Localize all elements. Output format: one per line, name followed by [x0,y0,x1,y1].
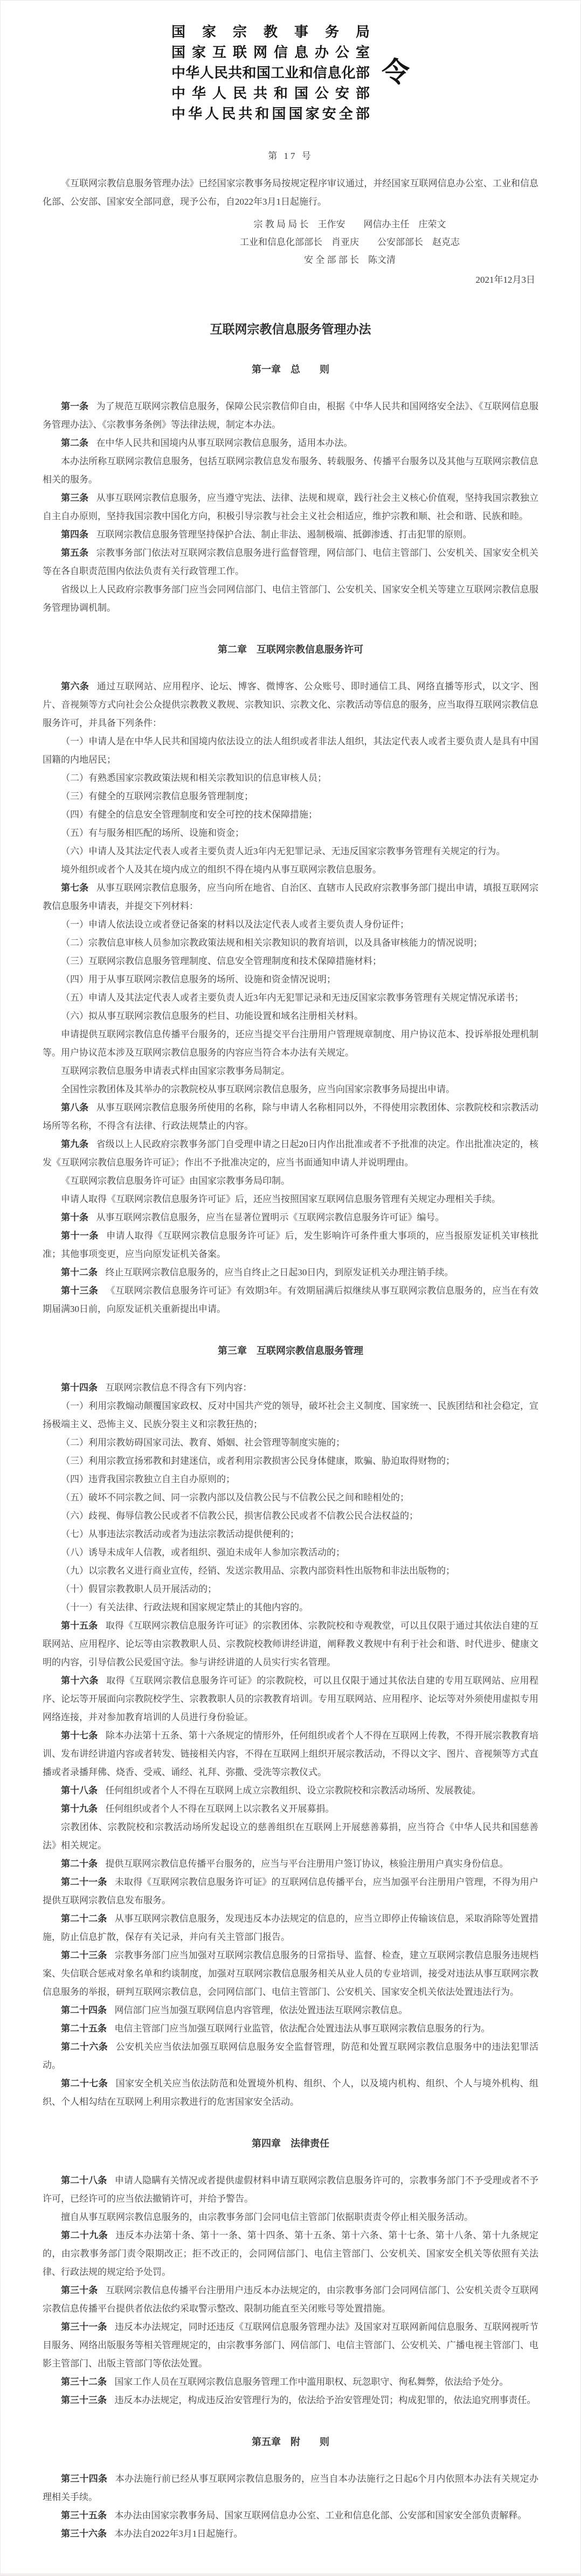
article-paragraph: 第二条在中华人民共和国境内从事互联网宗教信息服务，适用本办法。 [43,434,538,452]
article-paragraph: 第三十四条本办法施行前已经从事互联网宗教信息服务的，应当自本办法施行之日起6个月… [43,2470,538,2507]
article-number: 第二十六条 [61,2042,116,2052]
chapter-4: 第四章 法律责任第二十八条申请人隐瞒有关情况或者提供虚假材料申请互联网宗教信息服… [43,2136,538,2410]
ministry-name-text: 中华人民共和国国家安全部 [171,104,370,124]
body-paragraph: （八）诱导未成年人信教，或者组织、强迫未成年人参加宗教活动的； [43,1544,538,1562]
chapter-2: 第二章 互联网宗教信息服务许可第六条通过互联网站、应用程序、论坛、博客、微博客、… [43,642,538,1318]
article-number: 第三十三条 [61,2395,114,2405]
article-paragraph: 第十一条申请人取得《互联网宗教信息服务许可证》后，发生影响许可条件重大事项的，应… [43,1227,538,1263]
chapter-5: 第五章 附 则第三十四条本办法施行前已经从事互联网宗教信息服务的，应当自本办法施… [43,2434,538,2543]
article-number: 第十八条 [61,1785,105,1796]
signature-line: 安 全 部 部 长 陈文清 [177,251,522,269]
ministry-name-text: 国家宗教事务局 [171,22,370,43]
body-paragraph: 本办法所称互联网宗教信息服务，包括互联网宗教信息发布服务、转载服务、传播平台服务… [43,452,538,489]
body-paragraph: （三）互联网宗教信息服务管理制度、信息安全管理制度和技术保障措施材料； [43,952,538,971]
article-number: 第二条 [61,438,96,448]
body-paragraph: 擅自从事互联网宗教信息服务的，由宗教事务部门会同电信主管部门依据职责责令停止相关… [43,2208,538,2226]
article-number: 第十九条 [61,1804,105,1814]
article-number: 第二十九条 [61,2230,116,2240]
article-paragraph: 第十二条终止互联网宗教信息服务的，应当自终止之日起30日内，到原发证机关办理注销… [43,1263,538,1282]
article-paragraph: 第四条互联网宗教信息服务管理坚持保护合法、制止非法、遏制极端、抵御渗透、打击犯罪… [43,526,538,544]
document-page: 国家宗教事务局国家互联网信息办公室中华人民共和国工业和信息化部中华人民共和国公安… [0,0,581,2576]
article-paragraph: 第二十条提供互联网宗教信息传播平台服务的，应当与平台注册用户签订协议，核验注册用… [43,1855,538,1873]
article-number: 第十条 [61,1212,96,1223]
article-number: 第二十四条 [61,2005,114,2015]
body-paragraph: （五）破坏不同宗教之间、同一宗教内部以及信教公民与不信教公民之间和睦相处的； [43,1489,538,1507]
article-number: 第三十六条 [61,2529,114,2539]
ministry-name-text: 中华人民共和国公安部 [171,83,370,104]
chapter-heading: 第一章 总 则 [43,362,538,376]
ministry-name: 国家宗教事务局 [171,22,370,43]
article-paragraph: 第三十五条本办法由国家宗教事务局、国家互联网信息办公室、工业和信息化部、公安部和… [43,2507,538,2525]
chapter-heading: 第二章 互联网宗教信息服务许可 [43,642,538,656]
body-paragraph: （二）宗教信息审核人员参加宗教政策法规和相关宗教知识的教育培训，以及具备审核能力… [43,934,538,952]
article-paragraph: 第二十一条未取得《互联网宗教信息服务许可证》的互联网信息传播平台，应当加强平台注… [43,1873,538,1910]
article-number: 第十二条 [61,1267,105,1277]
article-number: 第二十二条 [61,1914,115,1924]
article-number: 第四条 [61,529,96,540]
preamble-paragraph: 《互联网宗教信息服务管理办法》已经国家宗教事务局按规定程序审议通过，并经国家互联… [43,174,538,211]
ministry-name: 中华人民共和国公安部 [171,83,370,104]
article-paragraph: 第二十二条从事互联网宗教信息服务，发现违反本办法规定的信息的，应当立即停止传输该… [43,1910,538,1946]
article-paragraph: 第十八条任何组织或者个人不得在互联网上成立宗教组织、设立宗教院校和宗教活动场所、… [43,1782,538,1800]
article-number: 第五条 [61,548,96,558]
article-paragraph: 第九条省级以上人民政府宗教事务部门自受理申请之日起20日内作出批准或者不予批准的… [43,1135,538,1172]
article-paragraph: 第三十三条违反本办法规定，构成违反治安管理行为的，依法给予治安管理处罚；构成犯罪… [43,2391,538,2410]
signature-line: 工业和信息化部部长 肖亚庆 公安部部长 赵克志 [177,233,522,251]
article-paragraph: 第三条从事互联网宗教信息服务，应当遵守宪法、法律、法规和规章，践行社会主义核心价… [43,489,538,526]
ministry-name: 中华人民共和国国家安全部 [171,104,370,124]
article-paragraph: 第三十二条国家工作人员在互联网宗教信息服务管理工作中滥用职权、玩忽职守、徇私舞弊… [43,2373,538,2391]
article-number: 第十五条 [61,1621,106,1631]
body-paragraph: （三）利用宗教宣扬邪教和封建迷信，或者利用宗教损害公民身体健康，欺骗、胁迫取得财… [43,1452,538,1470]
article-paragraph: 第二十九条违反本办法第十条、第十一条、第十四条、第十五条、第十六条、第十七条、第… [43,2226,538,2281]
article-paragraph: 第二十六条公安机关应当依法加强互联网信息服务安全监督管理，防范和处置互联网宗教信… [43,2038,538,2075]
body-paragraph: 互联网宗教信息服务申请表式样由国家宗教事务局制定。 [43,1062,538,1080]
article-paragraph: 第十三条《互联网宗教信息服务许可证》有效期3年。有效期届满后拟继续从事互联网宗教… [43,1282,538,1318]
body-paragraph: （六）歧视、侮辱信教公民或者不信教公民，损害信教公民或者不信教公民合法权益的； [43,1507,538,1525]
article-paragraph: 第二十三条宗教事务部门应当加强对互联网宗教信息服务的日常指导、监督、检查，建立互… [43,1946,538,2001]
document-body: 第一章 总 则第一条为了规范互联网宗教信息服务，保障公民宗教信仰自由，根据《中华… [43,362,538,2543]
article-number: 第十三条 [61,1286,106,1296]
article-paragraph: 第三十条互联网宗教信息传播平台注册用户违反本办法规定的，由宗教事务部门会同网信部… [43,2281,538,2318]
article-paragraph: 第二十八条申请人隐瞒有关情况或者提供虚假材料申请互联网宗教信息服务许可的，宗教事… [43,2172,538,2208]
body-paragraph: （十一）有关法律、行政法规和国家规定禁止的其他内容的。 [43,1598,538,1617]
article-number: 第三条 [61,493,96,503]
body-paragraph: （四）用于从事互联网宗教信息服务的场所、设施和资金情况说明； [43,971,538,989]
article-number: 第三十条 [61,2285,106,2295]
chapter-heading: 第四章 法律责任 [43,2136,538,2150]
article-paragraph: 第二十七条国家安全机关应当依法防范和处置境外机构、组织、个人，以及境内机构、组织… [43,2075,538,2111]
chapter-3: 第三章 互联网宗教信息服务管理第十四条互联网宗教信息不得含有下列内容：（一）利用… [43,1343,538,2111]
body-paragraph: 全国性宗教团体及其举办的宗教院校从事互联网宗教信息服务，应当向国家宗教事务局提出… [43,1080,538,1099]
body-paragraph: （十）假冒宗教教职人员开展活动的； [43,1580,538,1598]
ministry-name: 国家互联网信息办公室 [171,43,370,63]
article-number: 第一条 [61,401,96,411]
body-paragraph: 申请提供互联网宗教信息传播平台服务的，还应当提交平台注册用户管理规章制度、用户协… [43,1025,538,1062]
body-paragraph: 《互联网宗教信息服务许可证》由国家宗教事务局印制。 [43,1172,538,1190]
body-paragraph: （二）有熟悉国家宗教政策法规和相关宗教知识的信息审核人员； [43,769,538,787]
article-paragraph: 第十六条取得《互联网宗教信息服务许可证》的宗教院校，可以且仅限于通过其依法自建的… [43,1672,538,1727]
body-paragraph: （五）有与服务相匹配的场所、设施和资金； [43,824,538,842]
chapter-1: 第一章 总 则第一条为了规范互联网宗教信息服务，保障公民宗教信仰自由，根据《中华… [43,362,538,617]
body-paragraph: 省级以上人民政府宗教事务部门应当会同网信部门、电信主管部门、公安机关、国家安全机… [43,581,538,617]
article-number: 第三十四条 [61,2474,115,2484]
article-paragraph: 第十九条任何组织或者个人不得在互联网上以宗教名义开展募捐。 [43,1800,538,1818]
body-paragraph: （七）从事违法宗教活动或者为违法宗教活动提供便利的； [43,1525,538,1544]
body-paragraph: （三）有健全的互联网宗教信息服务管理制度； [43,787,538,806]
article-number: 第九条 [61,1139,96,1149]
body-paragraph: （六）拟从事互联网宗教信息服务的栏目、功能设置和域名注册相关材料。 [43,1007,538,1025]
article-number: 第三十一条 [61,2322,115,2332]
article-number: 第二十三条 [61,1950,115,1960]
article-number: 第二十八条 [61,2175,115,2186]
body-paragraph: （六）申请人及其法定代表人或者主要负责人近3年内无犯罪记录、无违反国家宗教事务管… [43,842,538,861]
decree-order-character: 令 [382,59,410,87]
ministry-name: 中华人民共和国工业和信息化部 [171,63,370,83]
article-paragraph: 第十七条除本办法第十五条、第十六条规定的情形外，任何组织或者个人不得在互联网上传… [43,1727,538,1782]
article-paragraph: 第十五条取得《互联网宗教信息服务许可证》的宗教团体、宗教院校和寺观教堂，可以且仅… [43,1617,538,1672]
body-paragraph: （一）利用宗教煽动颠覆国家政权、反对中国共产党的领导，破坏社会主义制度、国家统一… [43,1397,538,1434]
body-paragraph: （九）以宗教名义进行商业宣传，经销、发送宗教用品、宗教内部资料性出版物和非法出版… [43,1562,538,1580]
article-paragraph: 第十条从事互联网宗教信息服务，应当在显著位置明示《互联网宗教信息服务许可证》编号… [43,1209,538,1227]
body-paragraph: （四）违背我国宗教独立自主自办原则的； [43,1470,538,1489]
ministry-name-text: 中华人民共和国工业和信息化部 [171,63,370,83]
body-paragraph: （一）申请人是在中华人民共和国境内依法设立的法人组织或者非法人组织，其法定代表人… [43,732,538,769]
article-number: 第二十条 [61,1859,105,1869]
article-number: 第十七条 [61,1730,106,1741]
body-paragraph: （一）申请人依法设立或者登记备案的材料以及法定代表人或者主要负责人身份证件； [43,916,538,934]
article-paragraph: 第三十六条本办法自2022年3月1日起施行。 [43,2525,538,2543]
article-paragraph: 第五条宗教事务部门依法对互联网宗教信息服务进行监督管理，网信部门、电信主管部门、… [43,544,538,581]
article-number: 第十一条 [61,1231,106,1241]
body-paragraph: （二）利用宗教妨碍国家司法、教育、婚姻、社会管理等制度实施的； [43,1434,538,1452]
decree-header: 国家宗教事务局国家互联网信息办公室中华人民共和国工业和信息化部中华人民共和国公安… [43,22,538,124]
article-paragraph: 第十四条互联网宗教信息不得含有下列内容： [43,1379,538,1397]
issue-date: 2021年12月3日 [43,271,538,289]
article-number: 第二十五条 [61,2023,114,2034]
signature-block: 宗 教 局 局 长 王作安 网信办主任 庄荣文工业和信息化部部长 肖亚庆 公安部… [177,215,522,269]
article-paragraph: 第六条通过互联网站、应用程序、论坛、博客、微博客、公众账号、即时通信工具、网络直… [43,678,538,732]
document-title: 互联网宗教信息服务管理办法 [43,319,538,337]
article-number: 第二十一条 [61,1877,115,1887]
body-paragraph: 宗教团体、宗教院校和宗教活动场所发起设立的慈善组织在互联网上开展慈善募捐，应当符… [43,1818,538,1855]
body-paragraph: 申请人取得《互联网宗教信息服务许可证》后，还应当按照国家互联网信息服务管理有关规… [43,1190,538,1209]
article-paragraph: 第三十一条违反本办法规定，同时还违反《互联网信息服务管理办法》及国家对互联网新闻… [43,2318,538,2373]
signature-line: 宗 教 局 局 长 王作安 网信办主任 庄荣文 [177,215,522,233]
article-number: 第六条 [61,681,97,692]
ministry-name-text: 国家互联网信息办公室 [171,43,370,63]
body-paragraph: 境外组织或者个人及其在境内成立的组织不得在境内从事互联网宗教信息服务。 [43,861,538,879]
article-number: 第八条 [61,1102,96,1113]
chapter-heading: 第五章 附 则 [43,2434,538,2448]
body-paragraph: （四）有健全的信息安全管理制度和安全可控的技术保障措施； [43,806,538,824]
article-number: 第十六条 [61,1676,106,1686]
article-number: 第三十二条 [61,2377,114,2387]
article-paragraph: 第七条从事互联网宗教信息服务，应当向所在地省、自治区、直辖市人民政府宗教事务部门… [43,879,538,916]
body-paragraph: （五）申请人及其法定代表人或者主要负责人近3年内无犯罪记录和无违反国家宗教事务管… [43,989,538,1007]
article-number: 第七条 [61,883,96,893]
article-paragraph: 第二十四条网信部门应当加强互联网信息内容管理，依法处置违法互联网宗教信息。 [43,2001,538,2020]
article-paragraph: 第一条为了规范互联网宗教信息服务，保障公民宗教信仰自由，根据《中华人民共和国网络… [43,397,538,434]
chapter-heading: 第三章 互联网宗教信息服务管理 [43,1343,538,1357]
article-paragraph: 第二十五条电信主管部门应当加强互联网行业监管，依法配合处置违法从事互联网宗教信息… [43,2020,538,2038]
article-number: 第十四条 [61,1383,105,1393]
article-number: 第二十七条 [61,2078,116,2089]
ministry-list: 国家宗教事务局国家互联网信息办公室中华人民共和国工业和信息化部中华人民共和国公安… [171,22,370,124]
order-number: 第 17 号 [43,148,538,162]
article-number: 第三十五条 [61,2510,114,2521]
article-paragraph: 第八条从事互联网宗教信息服务所使用的名称，除与申请人名称相同以外，不得使用宗教团… [43,1099,538,1135]
